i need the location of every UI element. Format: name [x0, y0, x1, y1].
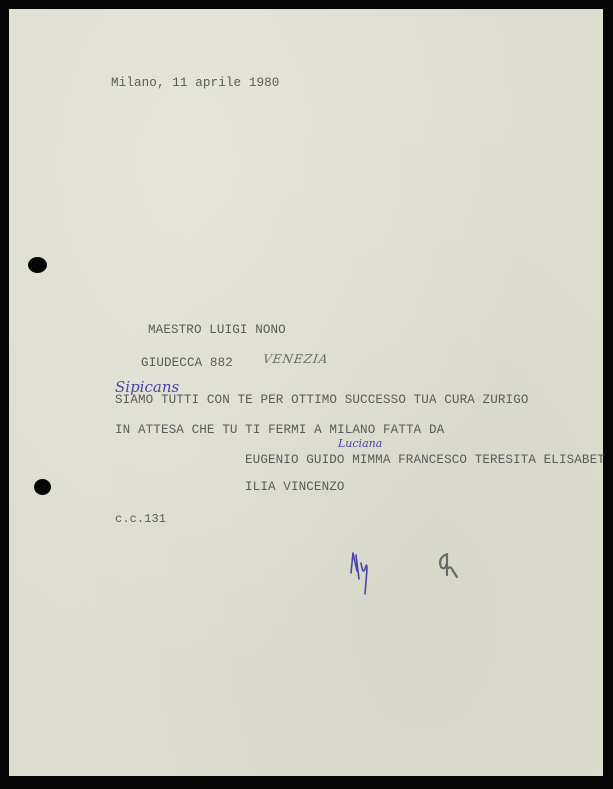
handwritten-name-insert: Luciana	[338, 437, 382, 450]
signatories-line-2: ILIA VINCENZO	[245, 480, 345, 494]
handwritten-initials-grey	[435, 547, 465, 587]
punch-hole-bottom	[34, 479, 51, 495]
reference-code: c.c.131	[115, 512, 166, 526]
body-line-2: IN ATTESA CHE TU TI FERMI A MILANO FATTA…	[115, 423, 444, 437]
handwritten-city: VENEZIA	[262, 352, 329, 366]
recipient-name: MAESTRO LUIGI NONO	[148, 323, 286, 337]
punch-hole-top	[28, 257, 47, 273]
letter-page: Milano, 11 aprile 1980 MAESTRO LUIGI NON…	[9, 9, 603, 776]
signatories-line-1: EUGENIO GUIDO MIMMA FRANCESCO TERESITA E…	[245, 453, 605, 467]
recipient-address: GIUDECCA 882	[141, 356, 233, 370]
handwritten-initials-blue	[347, 539, 377, 609]
place-date: Milano, 11 aprile 1980	[111, 76, 279, 90]
body-line-1: SIAMO TUTTI CON TE PER OTTIMO SUCCESSO T…	[115, 393, 529, 407]
